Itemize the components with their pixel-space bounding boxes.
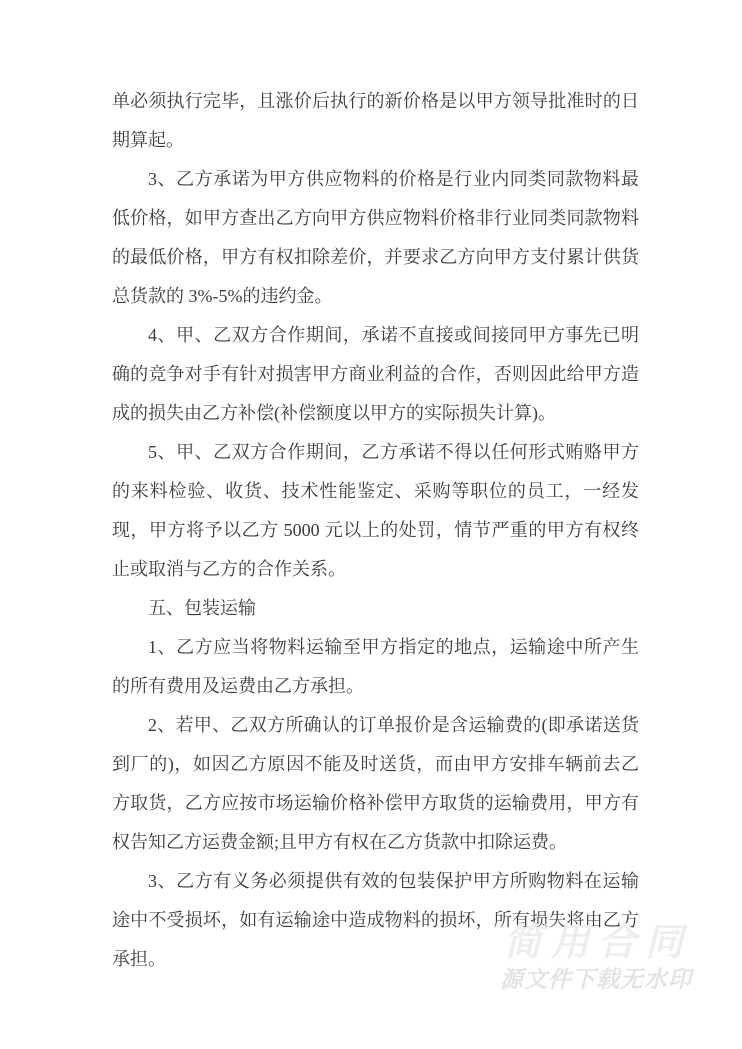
- paragraph: 单必须执行完毕，且涨价后执行的新价格是以甲方领导批准时的日期算起。: [112, 82, 639, 160]
- paragraph: 五、包装运输: [112, 589, 639, 628]
- paragraph: 5、甲、乙双方合作期间，乙方承诺不得以任何形式贿赂甲方的来料检验、收货、技术性能…: [112, 433, 639, 589]
- paragraph: 2、若甲、乙双方所确认的订单报价是含运输费的(即承诺送货到厂的)，如因乙方原因不…: [112, 706, 639, 862]
- contract-page: 单必须执行完毕，且涨价后执行的新价格是以甲方领导批准时的日期算起。3、乙方承诺为…: [0, 0, 742, 1049]
- paragraph: 4、甲、乙双方合作期间，承诺不直接或间接同甲方事先已明确的竞争对手有针对损害甲方…: [112, 316, 639, 433]
- paragraph: 3、乙方承诺为甲方供应物料的价格是行业内同类同款物料最低价格，如甲方查出乙方向甲…: [112, 160, 639, 316]
- paragraph: 3、乙方有义务必须提供有效的包装保护甲方所购物料在运输途中不受损坏，如有运输途中…: [112, 862, 639, 979]
- document-body: 单必须执行完毕，且涨价后执行的新价格是以甲方领导批准时的日期算起。3、乙方承诺为…: [112, 82, 639, 979]
- paragraph: 1、乙方应当将物料运输至甲方指定的地点，运输途中所产生的所有费用及运费由乙方承担…: [112, 628, 639, 706]
